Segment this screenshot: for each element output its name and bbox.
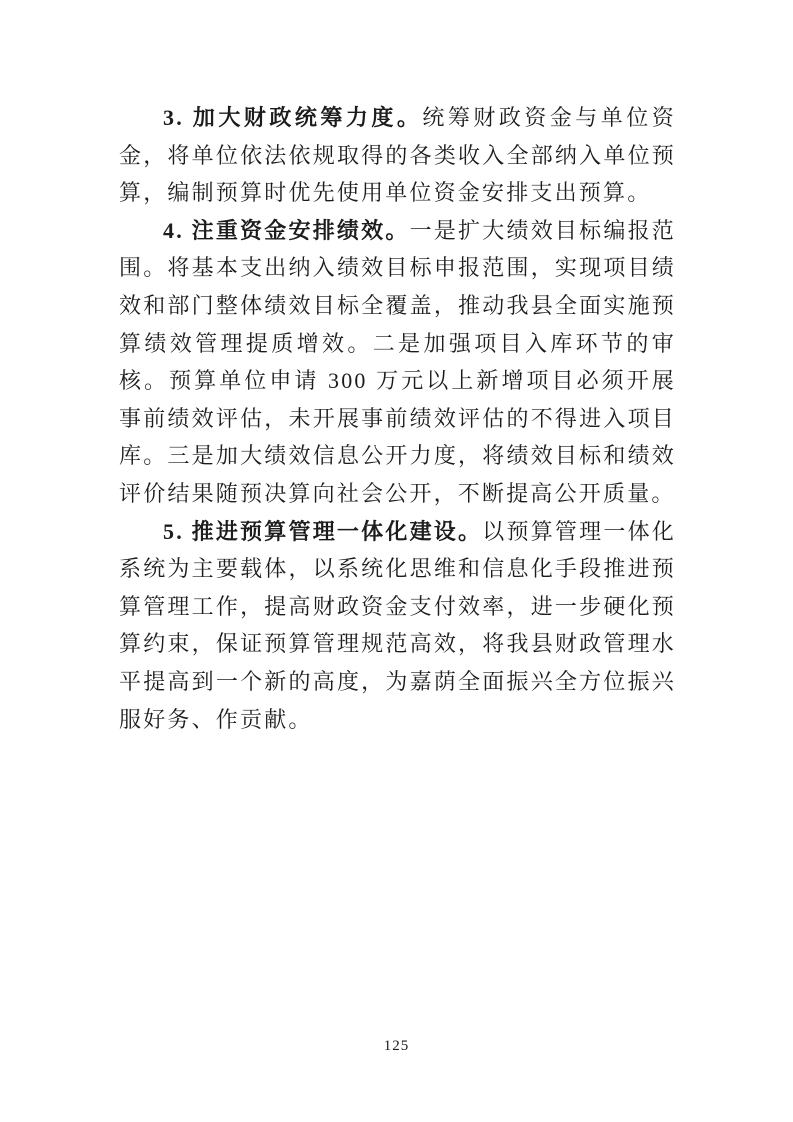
paragraph-item-3: 3. 加大财政统筹力度。统筹财政资金与单位资金，将单位依法依规取得的各类收入全部… — [119, 99, 676, 212]
paragraph-lead: 5. 推进预算管理一体化建设。 — [163, 519, 482, 544]
paragraph-body: 以预算管理一体化系统为主要载体，以系统化思维和信息化手段推进预算管理工作，提高财… — [119, 519, 676, 732]
paragraph-item-5: 5. 推进预算管理一体化建设。以预算管理一体化系统为主要载体，以系统化思维和信息… — [119, 513, 676, 739]
document-page: 3. 加大财政统筹力度。统筹财政资金与单位资金，将单位依法依规取得的各类收入全部… — [0, 0, 793, 1122]
paragraph-item-4: 4. 注重资金安排绩效。一是扩大绩效目标编报范围。将基本支出纳入绩效目标申报范围… — [119, 212, 676, 513]
paragraph-lead: 3. 加大财政统筹力度。 — [163, 105, 422, 130]
paragraph-body: 一是扩大绩效目标编报范围。将基本支出纳入绩效目标申报范围，实现项目绩效和部门整体… — [119, 218, 676, 506]
page-number: 125 — [0, 1038, 793, 1055]
paragraph-lead: 4. 注重资金安排绩效。 — [163, 218, 410, 243]
page-content: 3. 加大财政统筹力度。统筹财政资金与单位资金，将单位依法依规取得的各类收入全部… — [119, 99, 676, 738]
